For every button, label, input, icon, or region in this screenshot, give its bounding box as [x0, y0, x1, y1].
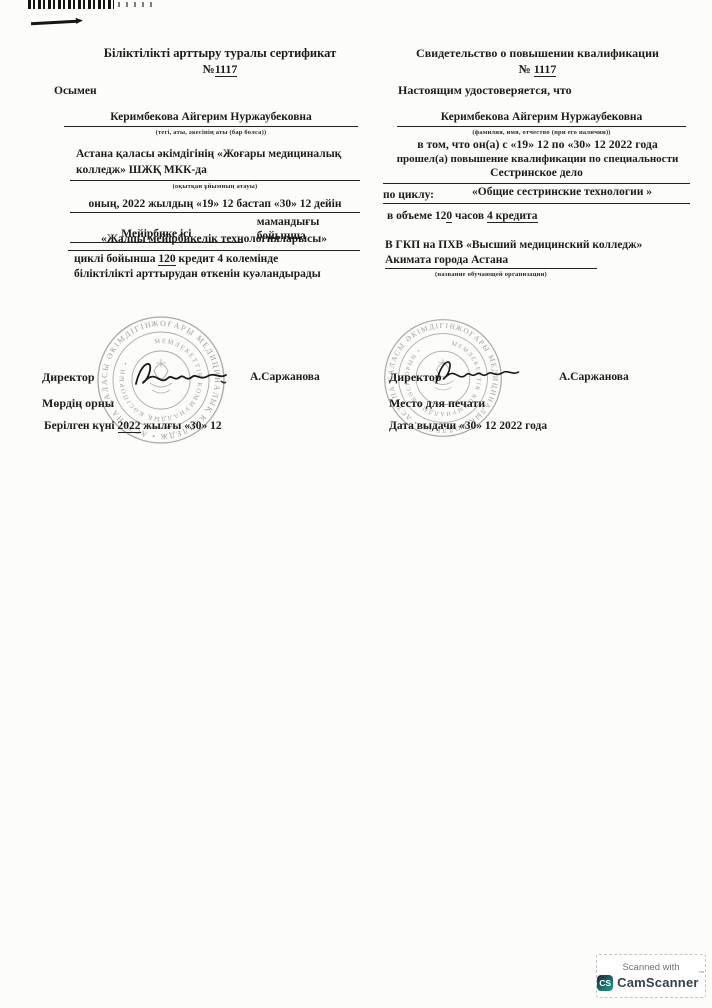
intro-text-ru: Настоящим удостоверяется, что [398, 83, 572, 97]
recipient-name-ru: Керимбекова Айгерим Нуржаубековна [397, 110, 686, 127]
name-caption-kk: (тегі, аты, әкесінің аты (бар болса)) [64, 129, 358, 137]
certificate-title-kk: Біліктілікті арттыру туралы сертификат [40, 46, 362, 60]
organization-underline-ru [385, 268, 597, 269]
director-label-kk: Директор [42, 370, 95, 384]
qualification-line-ru: прошел(а) повышение квалификации по спец… [383, 152, 692, 166]
period-line-ru: в том, что он(а) с «19» 12 по «30» 12 20… [383, 137, 692, 151]
director-signature-left [128, 354, 230, 396]
cycle-name-ru: «Общие сестринские технологии » [434, 185, 690, 199]
cycle-name-kk: «Жалпы мейірбикелік технологияларысы» [68, 232, 360, 251]
camscanner-logo-icon: CS [597, 975, 613, 991]
trademark-symbol: ™ [699, 971, 705, 977]
scan-artifact-barcode [28, 0, 114, 9]
volume-line-ru: в объеме 120 часов 4 кредита [387, 209, 538, 223]
certificate-number-kk: №1117 [40, 62, 362, 76]
camscanner-scanned-with: Scanned with [622, 962, 679, 974]
scanned-certificate-page: Біліктілікті арттыру туралы сертификат №… [0, 0, 712, 1008]
organization-name-kk: Астана қаласы әкімдігінің «Жоғары медици… [70, 146, 360, 181]
intro-text-kk: Осымен [54, 84, 97, 98]
training-period-kk: оның, 2022 жылдың «19» 12 бастап «30» 12… [70, 197, 360, 213]
director-signature-right [430, 352, 522, 392]
scan-artifact-barcode-2 [118, 2, 152, 7]
name-caption-ru: (фамилия, имя, отчество (при его наличии… [397, 129, 686, 137]
certificate-number-ru: № 1117 [383, 62, 692, 76]
certificate-title-ru: Свидетельство о повышении квалификации [383, 46, 692, 60]
cycle-row-ru: по циклу: «Общие сестринские технологии … [383, 188, 690, 204]
camscanner-badge: Scanned with CS CamScanner™ [596, 954, 706, 998]
camscanner-brand: CamScanner™ [617, 975, 705, 990]
scan-artifact-arrow-line [31, 20, 77, 25]
organization-name-ru: В ГКП на ПХВ «Высший медицинский колледж… [385, 238, 688, 268]
recipient-name-kk: Керимбекова Айгерим Нуржаубековна [64, 110, 358, 127]
cycle-label-ru: по циклу: [383, 188, 434, 202]
director-name-ru: А.Саржанова [559, 370, 629, 384]
attestation-line-kk: біліктілікті арттырудан өткенін куәланды… [74, 267, 321, 281]
volume-line-kk: циклі бойынша 120 кредит 4 колемінде [74, 252, 278, 266]
specialty-name-ru: Сестринское дело [383, 166, 690, 184]
organization-caption-ru: (название обучающей организации) [385, 271, 597, 279]
director-name-kk: А.Саржанова [250, 370, 320, 384]
organization-caption-kk: (оқытқан ұйымның атауы) [70, 183, 360, 191]
